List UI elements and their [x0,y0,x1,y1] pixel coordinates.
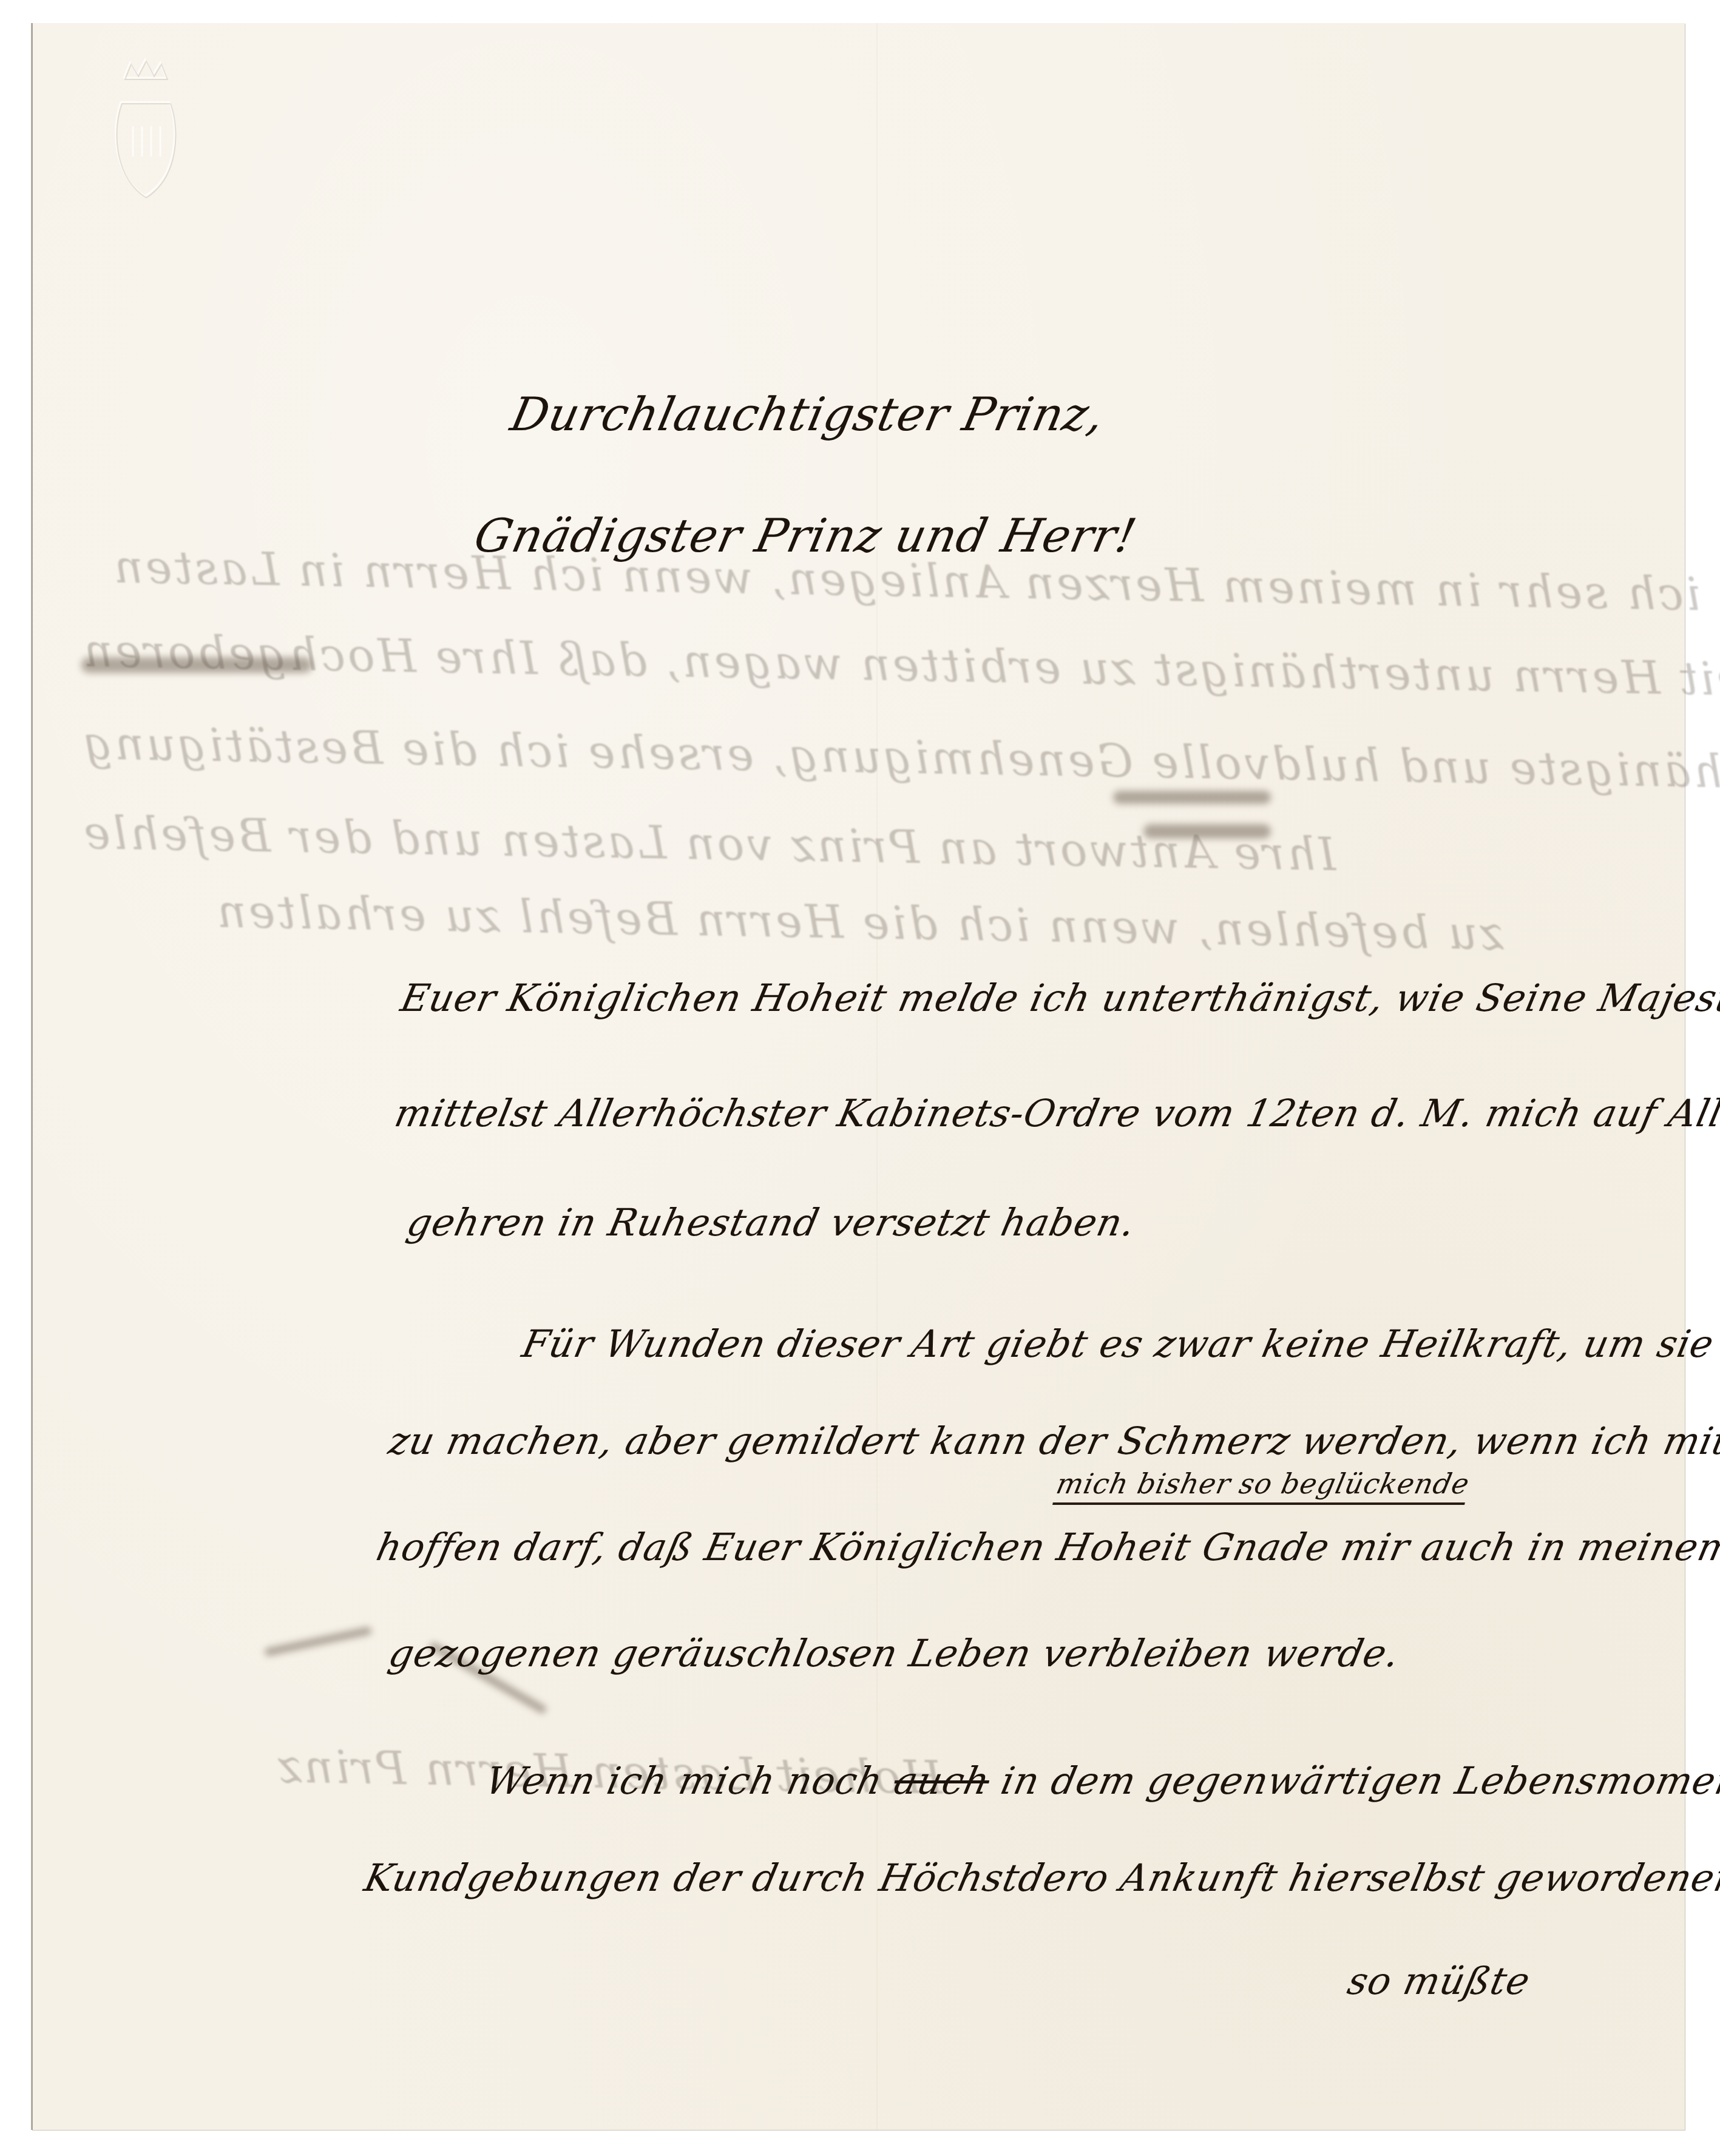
salutation-line-2: Gnädigster Prinz und Herr! [470,509,1142,563]
show-through-text: unterthänigste und huldvolle Genehmigung… [81,717,1720,801]
paragraph-2-line-4: gezogenen geräuschlosen Leben verbleiben… [385,1631,1404,1675]
paragraph-1-line-1: Euer Königlichen Hoheit melde ich untert… [397,976,1720,1020]
ink-bleed-mark [81,657,312,673]
paragraph-3-line-1: Wenn ich mich noch auch in dem gegenwärt… [482,1759,1720,1803]
ink-bleed-mark [1143,824,1271,839]
paper-fold-line [876,23,878,2130]
ink-bleed-mark [264,1626,373,1657]
paragraph-2-line-3: hoffen darf, daß Euer Königlichen Hoheit… [373,1525,1720,1569]
ink-bleed-mark [1113,791,1271,804]
show-through-text: Ihre Antwort an Prinz von Lasten und der… [81,807,1336,881]
paragraph-1-line-3: gehren in Ruhestand versetzt haben. [403,1200,1140,1245]
show-through-text: zu befehlen, wenn ich die Herrn Befehl z… [214,885,1504,960]
paragraph-3-line-1-after: in dem gegenwärtigen Lebensmomente der a… [984,1759,1720,1803]
show-through-text: Herzog Hoheit Herrn unterthänigst zu erb… [81,625,1720,711]
embossed-crest-icon [100,53,191,205]
paragraph-1-line-2: mittelst Allerhöchster Kabinets-Ordre vo… [391,1091,1720,1135]
paragraph-2-line-2: zu machen, aber gemildert kann der Schme… [385,1419,1720,1463]
paragraph-3-line-2: Kundgebungen der durch Höchstdero Ankunf… [361,1856,1720,1900]
salutation-line-1: Durchlauchtigster Prinz, [506,387,1109,441]
paragraph-2-line-1: Für Wunden dieser Art giebt es zwar kein… [518,1322,1720,1366]
letter-sheet: so mußte ich sehr in meinem Herzen Anlie… [32,23,1685,2130]
struck-word: auch [890,1759,994,1803]
interlinear-insertion: mich bisher so beglückende [1052,1467,1472,1505]
catchword: so müßte [1344,1959,1534,2003]
paragraph-3-line-1-before: Wenn ich mich noch [482,1759,899,1803]
